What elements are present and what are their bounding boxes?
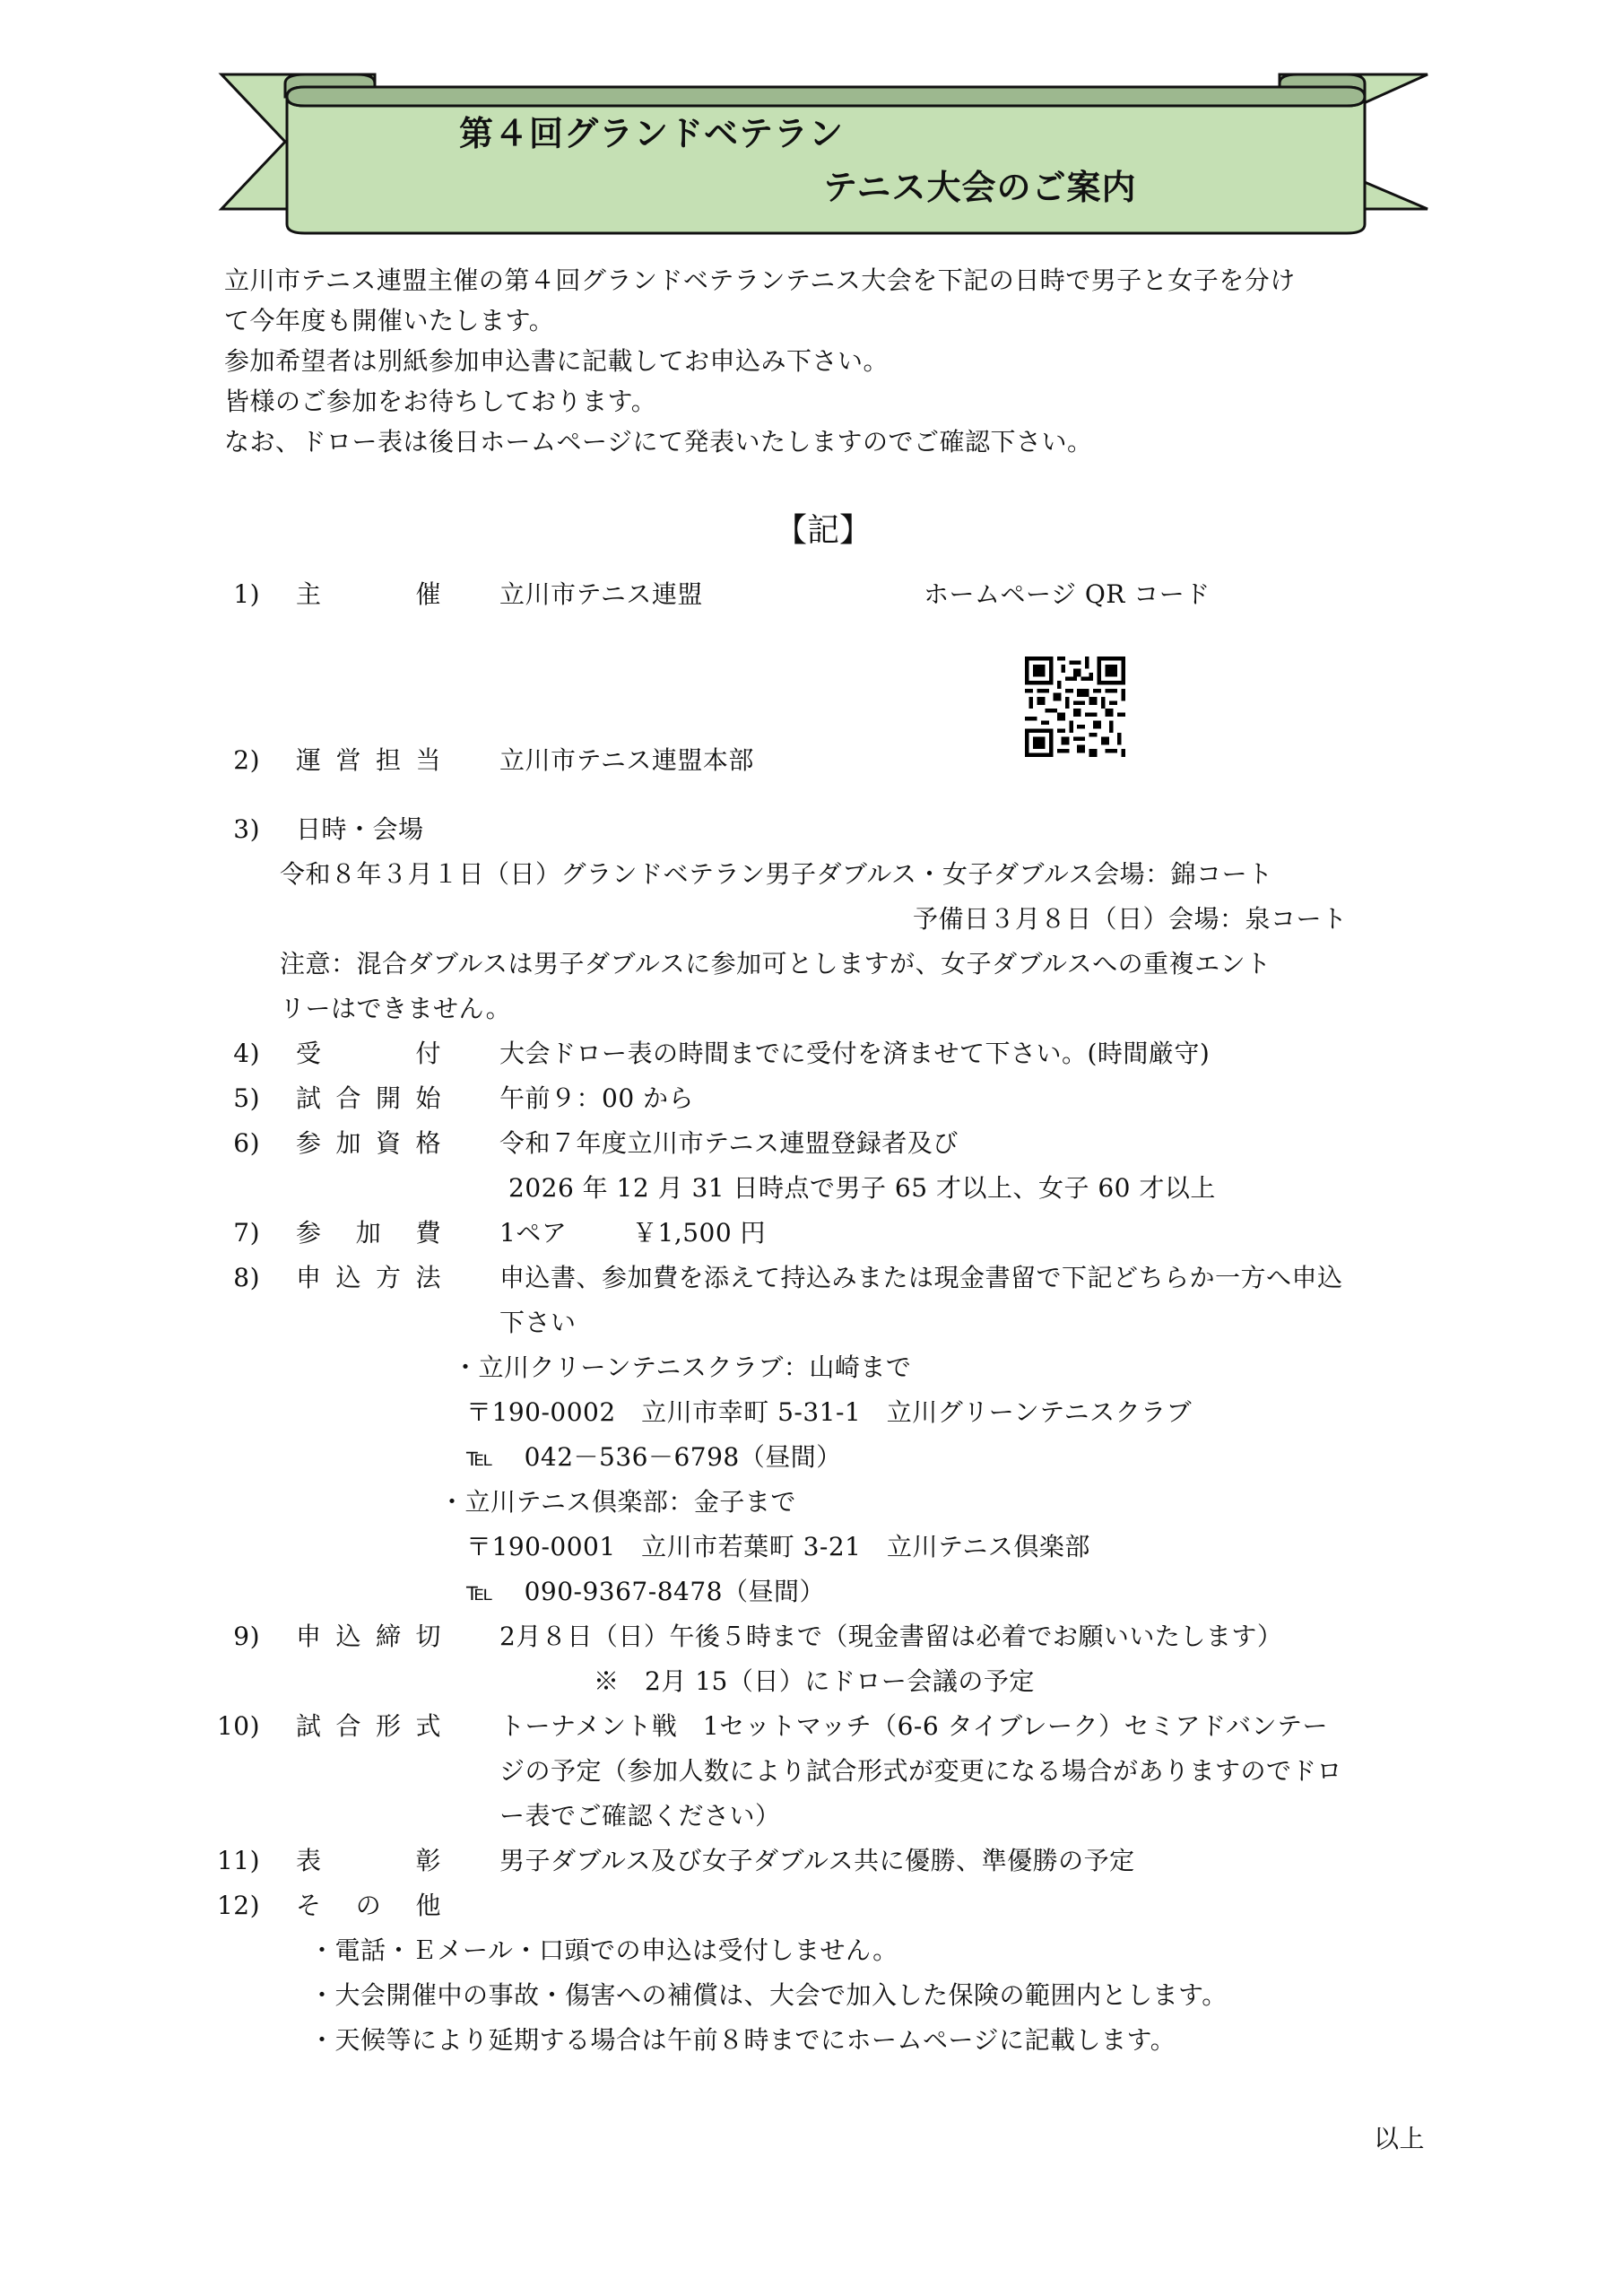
phone-icon: ℡ [466, 1442, 494, 1472]
fee-unit: 1ペア [499, 1218, 567, 1248]
eligibility-value: 令和７年度立川市テニス連盟登録者及び [499, 1128, 959, 1159]
banner-title-line1: 第４回グランドベテラン [459, 106, 844, 155]
item-label-reception: 受付 [296, 1039, 441, 1069]
contact-address: 〒190-0001 立川市若葉町 3-21 立川テニス倶楽部 [466, 1532, 1090, 1562]
item-number: 2) [197, 745, 260, 776]
eligibility-age-value: 2026 年 12 月 31 日時点で男子 65 才以上、女子 60 才以上 [508, 1173, 1216, 1204]
event-date-line: 令和８年３月１日（日）グランドベテラン男子ダブルス・女子ダブルス会場：錦コート [280, 859, 1273, 890]
note-line: リーはできません。 [280, 994, 511, 1024]
item-label-other: その他 [296, 1891, 441, 1921]
item-label-datetime-venue: 日時・会場 [296, 814, 424, 845]
intro-line: 皆様のご参加をお待ちしております。 [224, 387, 656, 417]
banner-title-line2: テニス大会のご案内 [823, 160, 1136, 209]
intro-line: 立川市テニス連盟主催の第４回グランドベテランテニス大会を下記の日時で男子と女子を… [224, 265, 1296, 296]
contact-tel-row: ℡090-9367-8478（昼間） [466, 1577, 825, 1607]
intro-line: て今年度も開催いたします。 [224, 306, 554, 336]
item-number: 1) [197, 579, 260, 610]
application-method-value: 申込書、参加費を添えて持込みまたは現金書留で下記どちらか一方へ申込 [499, 1263, 1343, 1293]
reserve-date-line: 予備日３月８日（日）会場：泉コート [913, 904, 1348, 935]
item-number: 4) [197, 1039, 260, 1069]
awards-value: 男子ダブルス及び女子ダブルス共に優勝、準優勝の予定 [499, 1846, 1135, 1876]
other-bullet: ・天候等により延期する場合は午前８時までにホームページに記載します。 [309, 2025, 1176, 2056]
item-number: 12) [197, 1891, 260, 1921]
document-page: 第４回グランドベテラン テニス大会のご案内 立川市テニス連盟主催の第４回グランド… [0, 0, 1623, 2296]
item-number: 6) [197, 1128, 260, 1159]
contact-tel-row: ℡042－536－6798（昼間） [466, 1442, 842, 1473]
item-label-fee: 参加費 [296, 1218, 441, 1248]
section-heading: 【記】 [775, 511, 872, 551]
item-number: 3) [197, 814, 260, 845]
item-number: 11) [197, 1846, 260, 1876]
item-label-application-method: 申込方法 [296, 1263, 441, 1293]
item-number: 5) [197, 1083, 260, 1114]
fee-amount: ￥1,500 円 [632, 1218, 766, 1248]
contact-address: 〒190-0002 立川市幸町 5-31-1 立川グリーンテニスクラブ [466, 1397, 1192, 1428]
item-label-eligibility: 参加資格 [296, 1128, 441, 1159]
item-label-operator: 運営担当 [296, 745, 441, 776]
operator-value: 立川市テニス連盟本部 [499, 745, 754, 776]
contact-tel: 042－536－6798（昼間） [525, 1442, 842, 1472]
match-format-value: ー表でご確認ください） [499, 1801, 781, 1831]
contact-tel: 090-9367-8478（昼間） [525, 1577, 825, 1606]
item-label-host: 主催 [296, 579, 441, 610]
item-label-match-format: 試合形式 [296, 1711, 441, 1742]
reception-value: 大会ドロー表の時間までに受付を済ませて下さい。(時間厳守) [499, 1039, 1210, 1069]
qr-code-icon[interactable] [1025, 657, 1125, 757]
note-line: 注意：混合ダブルスは男子ダブルスに参加可としますが、女子ダブルスへの重複エント [280, 949, 1271, 979]
draw-meeting-note: ※ 2月 15（日）にドロー会議の予定 [594, 1666, 1035, 1697]
item-number: 7) [197, 1218, 260, 1248]
item-label-deadline: 申込締切 [296, 1622, 441, 1652]
deadline-value: 2月８日（日）午後５時まで（現金書留は必着でお願いいたします） [499, 1622, 1282, 1652]
contact-name: ・立川クリーンテニスクラブ：山崎まで [453, 1352, 911, 1383]
contact-name: ・立川テニス倶楽部：金子まで [439, 1487, 796, 1518]
match-format-value: ジの予定（参加人数により試合形式が変更になる場合がありますのでドロ [499, 1756, 1342, 1787]
item-number: 9) [197, 1622, 260, 1652]
item-number: 8) [197, 1263, 260, 1293]
qr-caption: ホームページ QR コード [924, 579, 1211, 610]
item-label-start-time: 試合開始 [296, 1083, 441, 1114]
item-label-awards: 表彰 [296, 1846, 441, 1876]
phone-icon: ℡ [466, 1577, 494, 1606]
closing-mark: 以上 [1374, 2124, 1425, 2154]
match-format-value: トーナメント戦 1セットマッチ（6-6 タイブレーク）セミアドバンテー [499, 1711, 1328, 1742]
intro-line: なお、ドロー表は後日ホームページにて発表いたしますのでご確認下さい。 [224, 427, 1092, 457]
host-value: 立川市テニス連盟 [499, 579, 703, 610]
start-time-value: 午前９：00 から [499, 1083, 694, 1114]
other-bullet: ・電話・Ｅメール・口頭での申込は受付しません。 [309, 1935, 898, 1966]
other-bullet: ・大会開催中の事故・傷害への補償は、大会で加入した保険の範囲内とします。 [309, 1980, 1228, 2011]
intro-line: 参加希望者は別紙参加申込書に記載してお申込み下さい。 [224, 346, 889, 377]
application-method-value: 下さい [499, 1308, 577, 1338]
item-number: 10) [197, 1711, 260, 1742]
